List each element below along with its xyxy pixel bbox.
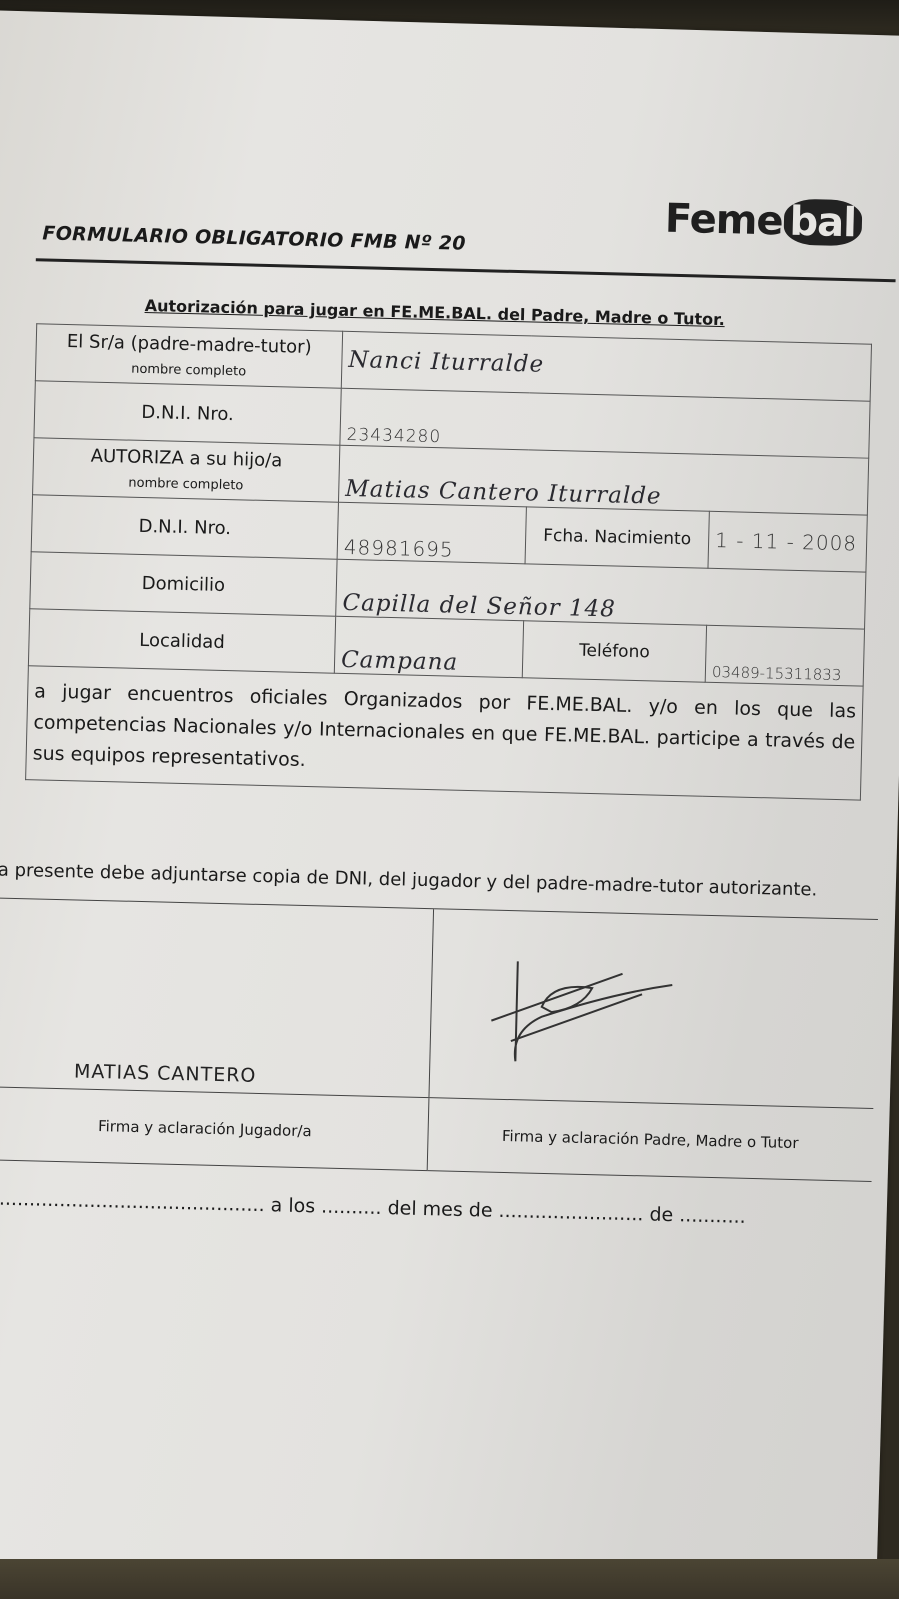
guardian-name-label: El Sr/a (padre-madre-tutor) nombre compl… xyxy=(35,324,342,388)
child-name-label: AUTORIZA a su hijo/a nombre completo xyxy=(33,438,340,502)
player-signature: MATIAS CANTERO xyxy=(74,1060,257,1086)
player-signature-caption: Firma y aclaración Jugador/a xyxy=(0,1087,428,1171)
logo-text: Feme xyxy=(664,196,783,245)
player-signature-field[interactable]: MATIAS CANTERO xyxy=(0,898,433,1098)
child-dni-field[interactable]: 48981695 xyxy=(337,502,526,564)
birth-date-label: Fcha. Nacimiento xyxy=(525,507,709,568)
guardian-signature-caption: Firma y aclaración Padre, Madre o Tutor xyxy=(427,1098,874,1182)
logo-badge: bal xyxy=(783,199,862,247)
authorization-table: El Sr/a (padre-madre-tutor) nombre compl… xyxy=(25,323,872,800)
phone-field[interactable]: 03489-15311833 xyxy=(705,625,864,686)
guardian-signature-scribble xyxy=(470,960,713,1076)
femebal-logo: Femebal xyxy=(664,196,862,247)
child-dni-label: D.N.I. Nro. xyxy=(31,495,338,559)
city-label: Localidad xyxy=(28,609,335,673)
address-label: Domicilio xyxy=(30,552,337,616)
birth-date-field[interactable]: 1 - 11 - 2008 xyxy=(708,511,867,572)
guardian-signature-field[interactable] xyxy=(428,909,877,1109)
city-field[interactable]: Campana xyxy=(334,616,523,678)
guardian-dni-label: D.N.I. Nro. xyxy=(34,381,341,445)
phone-label: Teléfono xyxy=(522,621,706,682)
signature-table: MATIAS CANTERO Firma y aclaración Jugado… xyxy=(0,897,878,1182)
background-bottom xyxy=(0,1559,899,1599)
authorization-text: a jugar encuentros oficiales Organizados… xyxy=(26,666,864,800)
authorization-text-row: a jugar encuentros oficiales Organizados… xyxy=(26,666,864,800)
